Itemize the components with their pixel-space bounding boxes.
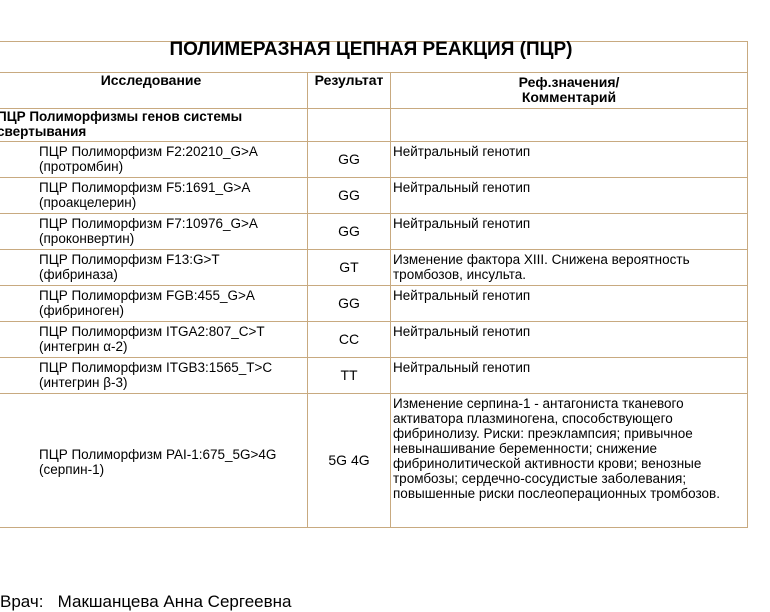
test-comment: Изменение фактора XIII. Снижена вероятно… [391, 250, 748, 286]
test-comment: Нейтральный генотип [391, 178, 748, 214]
group-result-empty [308, 109, 391, 142]
test-name: ПЦР Полиморфизм F13:G>T (фибриназа) [0, 250, 308, 286]
table-row: ПЦР Полиморфизм F5:1691_G>A (проакцелери… [0, 178, 748, 214]
column-header-test: Исследование [0, 73, 308, 109]
table-row: ПЦР Полиморфизм ITGB3:1565_T>C (интегрин… [0, 358, 748, 394]
doctor-signature: Врач: Макшанцева Анна Сергеевна [0, 592, 291, 612]
test-comment: Нейтральный генотип [391, 322, 748, 358]
table-row: ПЦР Полиморфизм PAI-1:675_5G>4G (серпин-… [0, 394, 748, 528]
test-result: CC [308, 322, 391, 358]
test-result: GG [308, 178, 391, 214]
test-result: TT [308, 358, 391, 394]
group-title: ПЦР Полиморфизмы генов системы свертыван… [0, 109, 308, 142]
test-result: GG [308, 142, 391, 178]
test-name: ПЦР Полиморфизм F7:10976_G>A (проконверт… [0, 214, 308, 250]
test-result: GT [308, 250, 391, 286]
test-result: GG [308, 214, 391, 250]
table-row: ПЦР Полиморфизм FGB:455_G>A (фибриноген)… [0, 286, 748, 322]
table-row: ПЦР Полиморфизм F13:G>T (фибриназа)GTИзм… [0, 250, 748, 286]
doctor-name: Макшанцева Анна Сергеевна [58, 592, 292, 611]
table-row: ПЦР Полиморфизм F2:20210_G>A (протромбин… [0, 142, 748, 178]
test-comment: Изменение серпина-1 - антагониста тканев… [391, 394, 748, 528]
test-name: ПЦР Полиморфизм ITGA2:807_C>T (интегрин … [0, 322, 308, 358]
test-name: ПЦР Полиморфизм F2:20210_G>A (протромбин… [0, 142, 308, 178]
group-comment-empty [391, 109, 748, 142]
test-comment: Нейтральный генотип [391, 142, 748, 178]
test-result: GG [308, 286, 391, 322]
test-result: 5G 4G [308, 394, 391, 528]
test-comment: Нейтральный генотип [391, 286, 748, 322]
doctor-label: Врач: [0, 592, 43, 611]
column-header-result: Результат [308, 73, 391, 109]
test-name: ПЦР Полиморфизм PAI-1:675_5G>4G (серпин-… [0, 394, 308, 528]
column-header-reference: Реф.значения/ Комментарий [391, 73, 748, 109]
table-title: ПОЛИМЕРАЗНАЯ ЦЕПНАЯ РЕАКЦИЯ (ПЦР) [0, 42, 748, 73]
test-name: ПЦР Полиморфизм ITGB3:1565_T>C (интегрин… [0, 358, 308, 394]
test-name: ПЦР Полиморфизм F5:1691_G>A (проакцелери… [0, 178, 308, 214]
pcr-results-table: ПОЛИМЕРАЗНАЯ ЦЕПНАЯ РЕАКЦИЯ (ПЦР) Исслед… [0, 41, 748, 528]
table-row: ПЦР Полиморфизм F7:10976_G>A (проконверт… [0, 214, 748, 250]
test-comment: Нейтральный генотип [391, 214, 748, 250]
test-comment: Нейтральный генотип [391, 358, 748, 394]
table-row: ПЦР Полиморфизм ITGA2:807_C>T (интегрин … [0, 322, 748, 358]
test-name: ПЦР Полиморфизм FGB:455_G>A (фибриноген) [0, 286, 308, 322]
